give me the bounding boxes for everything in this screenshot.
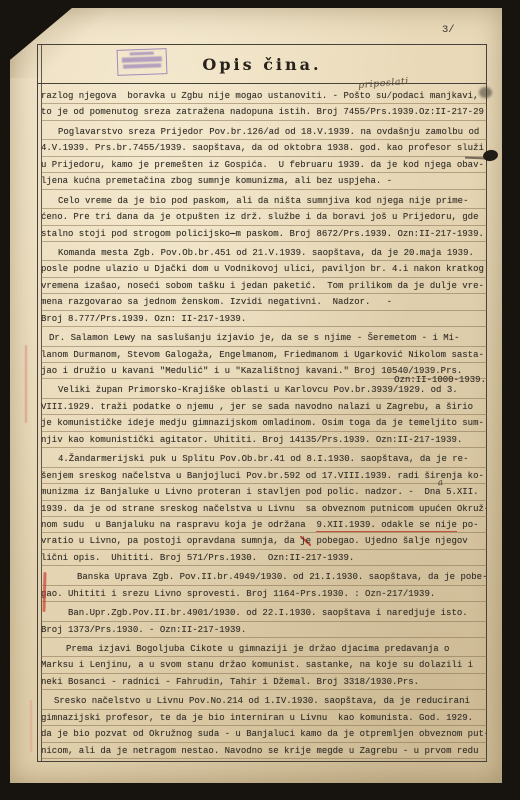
typed-text: to je od pomenutog sreza zatražena nadop…	[41, 107, 484, 117]
typed-text: neki Bosanci - radnici - Fahrudin, Tahir…	[41, 677, 419, 687]
typed-text: Broj 1373/Prs.1930. - Ozn:II-217-1939.	[41, 625, 246, 635]
typed-text: Dr. Salamon Lewy na saslušanju izjavio j…	[49, 333, 459, 343]
typed-line: Prema izjavi Bogoljuba Cikote u gimnazij…	[41, 641, 487, 657]
typed-line: ćeno. Pre tri dana da je otpušten iz drž…	[41, 209, 487, 225]
typed-text: Prema izjavi Bogoljuba Cikote u gimnazij…	[66, 644, 449, 654]
ozn-overlay-text: Ozn:II-1000-1939.	[394, 375, 486, 385]
faint-red-margin-line	[25, 345, 27, 423]
typed-line: stalno stoji pod strogom policijsko-m pa…	[41, 226, 487, 242]
typed-line: vremena izašao, noseći sobom tašku i jed…	[41, 278, 487, 294]
typed-text: da je bio pozvat od Okružnog suda - u Ba…	[41, 729, 487, 739]
typed-text: VIII.1929. traži podatke o njemu , jer s…	[41, 402, 473, 412]
mark-slash: je	[300, 536, 311, 546]
typed-text: munizma iz Banjaluke u Livno proteran i …	[41, 487, 430, 497]
mark-insertA: na	[430, 487, 441, 497]
typed-line: mena razgovarao sa jednom ženskom. Izvid…	[41, 294, 487, 310]
typed-text: razlog njegova boravka u Zgbu nije mogao…	[41, 91, 387, 101]
typed-text: Banska Uprava Zgb. Pov.II.br.4949/1930. …	[77, 572, 487, 582]
typed-text: podaci manjkavi,	[392, 91, 478, 101]
typed-text: je komunističke ideje medju gimnazijskom…	[41, 418, 484, 428]
typed-line: Sresko načelstvo u Livnu Pov.No.214 od 1…	[41, 693, 487, 709]
typed-line: njiv kao komunistički agitator. Uhititi.…	[41, 432, 487, 448]
typed-line: Poglavarstvo sreza Prijedor Pov.br.126/a…	[41, 124, 487, 140]
typed-line: nicom, ali da je netragom nestao. Navodn…	[41, 743, 487, 759]
typed-text: gao. Uhititi i srezu Livno sprovesti. Br…	[41, 589, 435, 599]
typed-text: Komanda mesta Zgb. Pov.Ob.br.451 od 21.V…	[58, 248, 474, 258]
typed-text: u Prijedoru, kamo je premešten iz Gospić…	[41, 160, 484, 170]
mark-redline: 9.XII.1939. odakle se nije	[316, 520, 456, 532]
typed-line: je komunističke ideje medju gimnazijskom…	[41, 415, 487, 431]
typed-line: to je od pomenutog sreza zatražena nadop…	[41, 104, 487, 120]
typed-line: Ban.Upr.Zgb.Pov.II.br.4901/1930. od 22.I…	[41, 605, 487, 621]
ink-smudge	[479, 87, 492, 98]
typed-line: gao. Uhititi i srezu Livno sprovesti. Br…	[41, 586, 487, 602]
typed-line: nom sudu u Banjaluku na raspravu koja je…	[41, 517, 487, 533]
typed-line: Dr. Salamon Lewy na saslušanju izjavio j…	[41, 330, 487, 346]
typed-text: nicom, ali da je netragom nestao. Navodn…	[41, 746, 478, 756]
document-body: razlog njegova boravka u Zgbu nije mogao…	[41, 88, 487, 759]
typed-text: stalno stoji pod strogom policijsko	[41, 229, 230, 239]
page-number: 3/	[442, 24, 455, 36]
typed-text: Ban.Upr.Zgb.Pov.II.br.4901/1930. od 22.I…	[68, 608, 468, 618]
typed-line: Komanda mesta Zgb. Pov.Ob.br.451 od 21.V…	[41, 245, 487, 261]
typed-line: vratio u Livno, pa postoji opravdana sum…	[41, 533, 487, 549]
typed-line: Banska Uprava Zgb. Pov.II.br.4949/1930. …	[41, 569, 487, 585]
typed-text: m paskom. Broj 8672/Prs.1939. Ozn:II-217…	[235, 229, 483, 239]
typed-line: u Prijedoru, kamo je premešten iz Gospić…	[41, 157, 487, 173]
typed-line: razlog njegova boravka u Zgbu nije mogao…	[41, 88, 487, 104]
typed-text: šenjem sreskog načelstva u Banjojluci Po…	[41, 471, 484, 481]
typed-text: 4.V.1939. Prs.br.7455/1939. saopštava, d…	[41, 143, 484, 153]
ink-blot	[482, 149, 499, 162]
typed-text: Marksu i Lenjinu, a u svom stanu držao k…	[41, 660, 473, 670]
typed-text: po-	[457, 520, 479, 530]
typed-text: 5.XII.	[441, 487, 479, 497]
typed-text: vratio u Livno, pa postoji opravdana sum…	[41, 536, 300, 546]
photo-background: 3/ Opis čina. priposlati razlog njegova …	[0, 0, 520, 800]
typed-text: pobegao. Ujedno šalje njegov	[311, 536, 468, 546]
typed-line: VIII.1929. traži podatke o njemu , jer s…	[41, 399, 487, 415]
typed-line: 1939. da je od strane sreskog načelstva …	[41, 501, 487, 517]
typed-text: mena razgovarao sa jednom ženskom. Izvid…	[41, 297, 392, 307]
purple-stamp-icon	[117, 48, 168, 76]
typed-line: 4.Žandarmerijski puk u Splitu Pov.Ob.br.…	[41, 451, 487, 467]
typed-text: ljena kućna premetačina zbog sumnje komu…	[41, 176, 392, 186]
document-title: Opis čina.	[202, 55, 321, 74]
typed-text: vremena izašao, noseći sobom tašku i jed…	[41, 281, 484, 291]
typed-line: 4.V.1939. Prs.br.7455/1939. saopštava, d…	[41, 140, 487, 156]
typed-text: nom sudu u Banjaluku na raspravu koja je…	[41, 520, 316, 530]
typed-line: Broj 1373/Prs.1930. - Ozn:II-217-1939.	[41, 622, 487, 638]
typed-text: lanom Durmanom, Stevom Galogaža, Engelma…	[41, 350, 484, 360]
typed-text: posle podne ulazio u Djački dom u Vodnik…	[41, 264, 484, 274]
typed-text: lični opis. Uhititi. Broj 571/Prs.1930. …	[41, 553, 354, 563]
typed-text: 1939. da je od strane sreskog načelstva …	[41, 504, 487, 514]
typed-text: Broj 8.777/Prs.1939. Ozn: II-217-1939.	[41, 314, 246, 324]
typed-line: gimnazijski profesor, te da je bio inter…	[41, 710, 487, 726]
typed-line: posle podne ulazio u Djački dom u Vodnik…	[41, 261, 487, 277]
typed-line: ljena kućna premetačina zbog sumnje komu…	[41, 173, 487, 189]
typed-text: 4.Žandarmerijski puk u Splitu Pov.Ob.br.…	[58, 454, 468, 464]
typed-text: Poglavarstvo sreza Prijedor Pov.br.126/a…	[58, 127, 479, 137]
typed-text: gimnazijski profesor, te da je bio inter…	[41, 713, 473, 723]
document-page: 3/ Opis čina. priposlati razlog njegova …	[10, 8, 502, 783]
typed-line: munizma iz Banjaluke u Livno proteran i …	[41, 484, 487, 500]
form-header: Opis čina.	[38, 45, 486, 84]
typed-line: Marksu i Lenjinu, a u svom stanu držao k…	[41, 657, 487, 673]
typed-line: lični opis. Uhititi. Broj 571/Prs.1930. …	[41, 550, 487, 566]
typed-line: Celo vreme da je bio pod paskom, ali da …	[41, 193, 487, 209]
typed-line: Broj 8.777/Prs.1939. Ozn: II-217-1939.	[41, 311, 487, 327]
typed-line: lanom Durmanom, Stevom Galogaža, Engelma…	[41, 347, 487, 363]
pink-margin-line	[30, 700, 32, 752]
typed-text: Veliki župan Primorsko-Krajiške oblasti …	[58, 385, 458, 395]
typed-line: da je bio pozvat od Okružnog suda - u Ba…	[41, 726, 487, 742]
typed-text: njiv kao komunistički agitator. Uhititi.…	[41, 435, 462, 445]
typed-text: ćeno. Pre tri dana da je otpušten iz drž…	[41, 212, 478, 222]
typed-text: Sresko načelstvo u Livnu Pov.No.214 od 1…	[54, 696, 470, 706]
typed-line: neki Bosanci - radnici - Fahrudin, Tahir…	[41, 674, 487, 690]
typed-line: šenjem sreskog načelstva u Banjojluci Po…	[41, 468, 487, 484]
typed-text: Celo vreme da je bio pod paskom, ali da …	[58, 196, 468, 206]
